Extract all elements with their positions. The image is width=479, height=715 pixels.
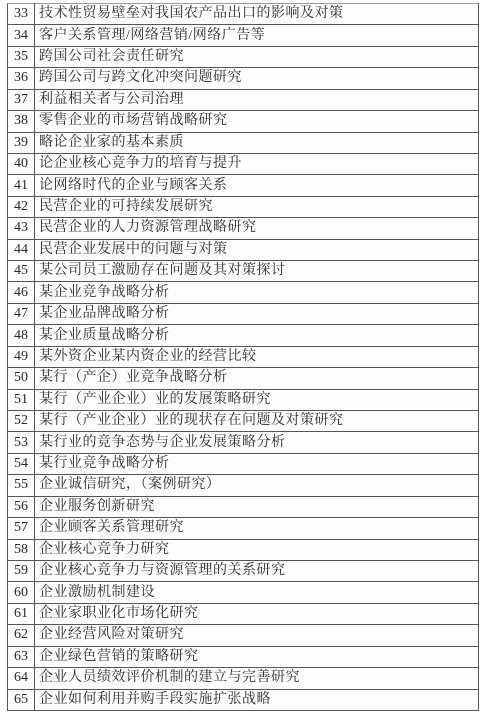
row-title: 客户关系管理/网络营销/网络广告等 bbox=[35, 25, 479, 46]
row-title: 论企业核心竞争力的培育与提升 bbox=[35, 153, 479, 174]
row-number: 59 bbox=[8, 560, 35, 581]
row-title: 某公司员工激励存在问题及其对策探讨 bbox=[35, 261, 479, 282]
table-row: 50某行（产企）业竞争战略分析 bbox=[8, 368, 479, 389]
row-title: 跨国公司社会责任研究 bbox=[35, 46, 479, 67]
row-title: 技术性贸易壁垒对我国农产品出口的影响及对策 bbox=[35, 4, 479, 25]
row-title: 企业诚信研究，（案例研究） bbox=[35, 475, 479, 496]
table-row: 35跨国公司社会责任研究 bbox=[8, 46, 479, 67]
row-title: 零售企业的市场营销战略研究 bbox=[35, 111, 479, 132]
row-title: 企业家职业化市场化研究 bbox=[35, 603, 479, 624]
row-title: 略论企业家的基本素质 bbox=[35, 132, 479, 153]
row-title: 某行（产业企业）业的发展策略研究 bbox=[35, 389, 479, 410]
row-title: 企业激励机制建设 bbox=[35, 582, 479, 603]
row-number: 53 bbox=[8, 432, 35, 453]
row-number: 60 bbox=[8, 582, 35, 603]
topic-table-body: 33技术性贸易壁垒对我国农产品出口的影响及对策34客户关系管理/网络营销/网络广… bbox=[8, 4, 479, 711]
row-title: 企业经营风险对策研究 bbox=[35, 625, 479, 646]
row-number: 52 bbox=[8, 411, 35, 432]
table-row: 57企业顾客关系管理研究 bbox=[8, 518, 479, 539]
row-number: 56 bbox=[8, 496, 35, 517]
table-row: 43民营企业的人力资源管理战略研究 bbox=[8, 218, 479, 239]
row-title: 论网络时代的企业与顾客关系 bbox=[35, 175, 479, 196]
row-number: 44 bbox=[8, 239, 35, 260]
row-number: 46 bbox=[8, 282, 35, 303]
table-row: 44民营企业发展中的问题与对策 bbox=[8, 239, 479, 260]
table-row: 46某企业竞争战略分析 bbox=[8, 282, 479, 303]
table-row: 36跨国公司与跨文化冲突问题研究 bbox=[8, 68, 479, 89]
table-row: 63企业绿色营销的策略研究 bbox=[8, 646, 479, 667]
row-number: 65 bbox=[8, 689, 35, 711]
row-number: 38 bbox=[8, 111, 35, 132]
table-row: 34客户关系管理/网络营销/网络广告等 bbox=[8, 25, 479, 46]
row-number: 48 bbox=[8, 325, 35, 346]
table-row: 49某外资企业某内资企业的经营比较 bbox=[8, 346, 479, 367]
row-number: 50 bbox=[8, 368, 35, 389]
row-title: 某企业竞争战略分析 bbox=[35, 282, 479, 303]
table-row: 38零售企业的市场营销战略研究 bbox=[8, 111, 479, 132]
row-title: 利益相关者与公司治理 bbox=[35, 89, 479, 110]
row-title: 某外资企业某内资企业的经营比较 bbox=[35, 346, 479, 367]
table-row: 64企业人员绩效评价机制的建立与完善研究 bbox=[8, 668, 479, 689]
row-number: 40 bbox=[8, 153, 35, 174]
table-row: 61企业家职业化市场化研究 bbox=[8, 603, 479, 624]
table-row: 56企业服务创新研究 bbox=[8, 496, 479, 517]
row-number: 49 bbox=[8, 346, 35, 367]
table-row: 41论网络时代的企业与顾客关系 bbox=[8, 175, 479, 196]
table-row: 40论企业核心竞争力的培育与提升 bbox=[8, 153, 479, 174]
row-title: 某行（产业企业）业的现状存在问题及对策研究 bbox=[35, 411, 479, 432]
table-row: 60企业激励机制建设 bbox=[8, 582, 479, 603]
row-number: 57 bbox=[8, 518, 35, 539]
row-number: 37 bbox=[8, 89, 35, 110]
row-title: 企业核心竞争力与资源管理的关系研究 bbox=[35, 560, 479, 581]
row-title: 企业服务创新研究 bbox=[35, 496, 479, 517]
row-number: 42 bbox=[8, 196, 35, 217]
table-row: 48某企业质量战略分析 bbox=[8, 325, 479, 346]
row-number: 55 bbox=[8, 475, 35, 496]
table-row: 45某公司员工激励存在问题及其对策探讨 bbox=[8, 261, 479, 282]
row-title: 某行业竞争战略分析 bbox=[35, 453, 479, 474]
document-page: 33技术性贸易壁垒对我国农产品出口的影响及对策34客户关系管理/网络营销/网络广… bbox=[0, 0, 479, 715]
row-number: 47 bbox=[8, 303, 35, 324]
row-number: 36 bbox=[8, 68, 35, 89]
table-row: 54某行业竞争战略分析 bbox=[8, 453, 479, 474]
row-title: 企业如何利用并购手段实施扩张战略 bbox=[35, 689, 479, 711]
row-title: 某企业质量战略分析 bbox=[35, 325, 479, 346]
row-title: 民营企业的人力资源管理战略研究 bbox=[35, 218, 479, 239]
row-number: 54 bbox=[8, 453, 35, 474]
row-title: 某行（产企）业竞争战略分析 bbox=[35, 368, 479, 389]
row-number: 64 bbox=[8, 668, 35, 689]
row-title: 跨国公司与跨文化冲突问题研究 bbox=[35, 68, 479, 89]
topic-table: 33技术性贸易壁垒对我国农产品出口的影响及对策34客户关系管理/网络营销/网络广… bbox=[7, 3, 479, 711]
row-number: 45 bbox=[8, 261, 35, 282]
row-number: 51 bbox=[8, 389, 35, 410]
table-row: 65企业如何利用并购手段实施扩张战略 bbox=[8, 689, 479, 711]
row-number: 35 bbox=[8, 46, 35, 67]
row-number: 41 bbox=[8, 175, 35, 196]
table-row: 39略论企业家的基本素质 bbox=[8, 132, 479, 153]
row-number: 62 bbox=[8, 625, 35, 646]
row-number: 39 bbox=[8, 132, 35, 153]
row-title: 民营企业的可持续发展研究 bbox=[35, 196, 479, 217]
row-title: 企业核心竞争力研究 bbox=[35, 539, 479, 560]
row-number: 58 bbox=[8, 539, 35, 560]
table-row: 58企业核心竞争力研究 bbox=[8, 539, 479, 560]
table-row: 33技术性贸易壁垒对我国农产品出口的影响及对策 bbox=[8, 4, 479, 25]
row-title: 民营企业发展中的问题与对策 bbox=[35, 239, 479, 260]
row-title: 企业顾客关系管理研究 bbox=[35, 518, 479, 539]
row-number: 33 bbox=[8, 4, 35, 25]
row-number: 34 bbox=[8, 25, 35, 46]
table-row: 51某行（产业企业）业的发展策略研究 bbox=[8, 389, 479, 410]
table-row: 55企业诚信研究，（案例研究） bbox=[8, 475, 479, 496]
table-row: 53某行业的竞争态势与企业发展策略分析 bbox=[8, 432, 479, 453]
row-number: 63 bbox=[8, 646, 35, 667]
table-row: 52某行（产业企业）业的现状存在问题及对策研究 bbox=[8, 411, 479, 432]
table-row: 47某企业品牌战略分析 bbox=[8, 303, 479, 324]
row-title: 企业绿色营销的策略研究 bbox=[35, 646, 479, 667]
table-row: 37利益相关者与公司治理 bbox=[8, 89, 479, 110]
table-row: 62企业经营风险对策研究 bbox=[8, 625, 479, 646]
row-title: 某行业的竞争态势与企业发展策略分析 bbox=[35, 432, 479, 453]
row-number: 43 bbox=[8, 218, 35, 239]
row-number: 61 bbox=[8, 603, 35, 624]
table-row: 42民营企业的可持续发展研究 bbox=[8, 196, 479, 217]
table-row: 59企业核心竞争力与资源管理的关系研究 bbox=[8, 560, 479, 581]
row-title: 企业人员绩效评价机制的建立与完善研究 bbox=[35, 668, 479, 689]
row-title: 某企业品牌战略分析 bbox=[35, 303, 479, 324]
